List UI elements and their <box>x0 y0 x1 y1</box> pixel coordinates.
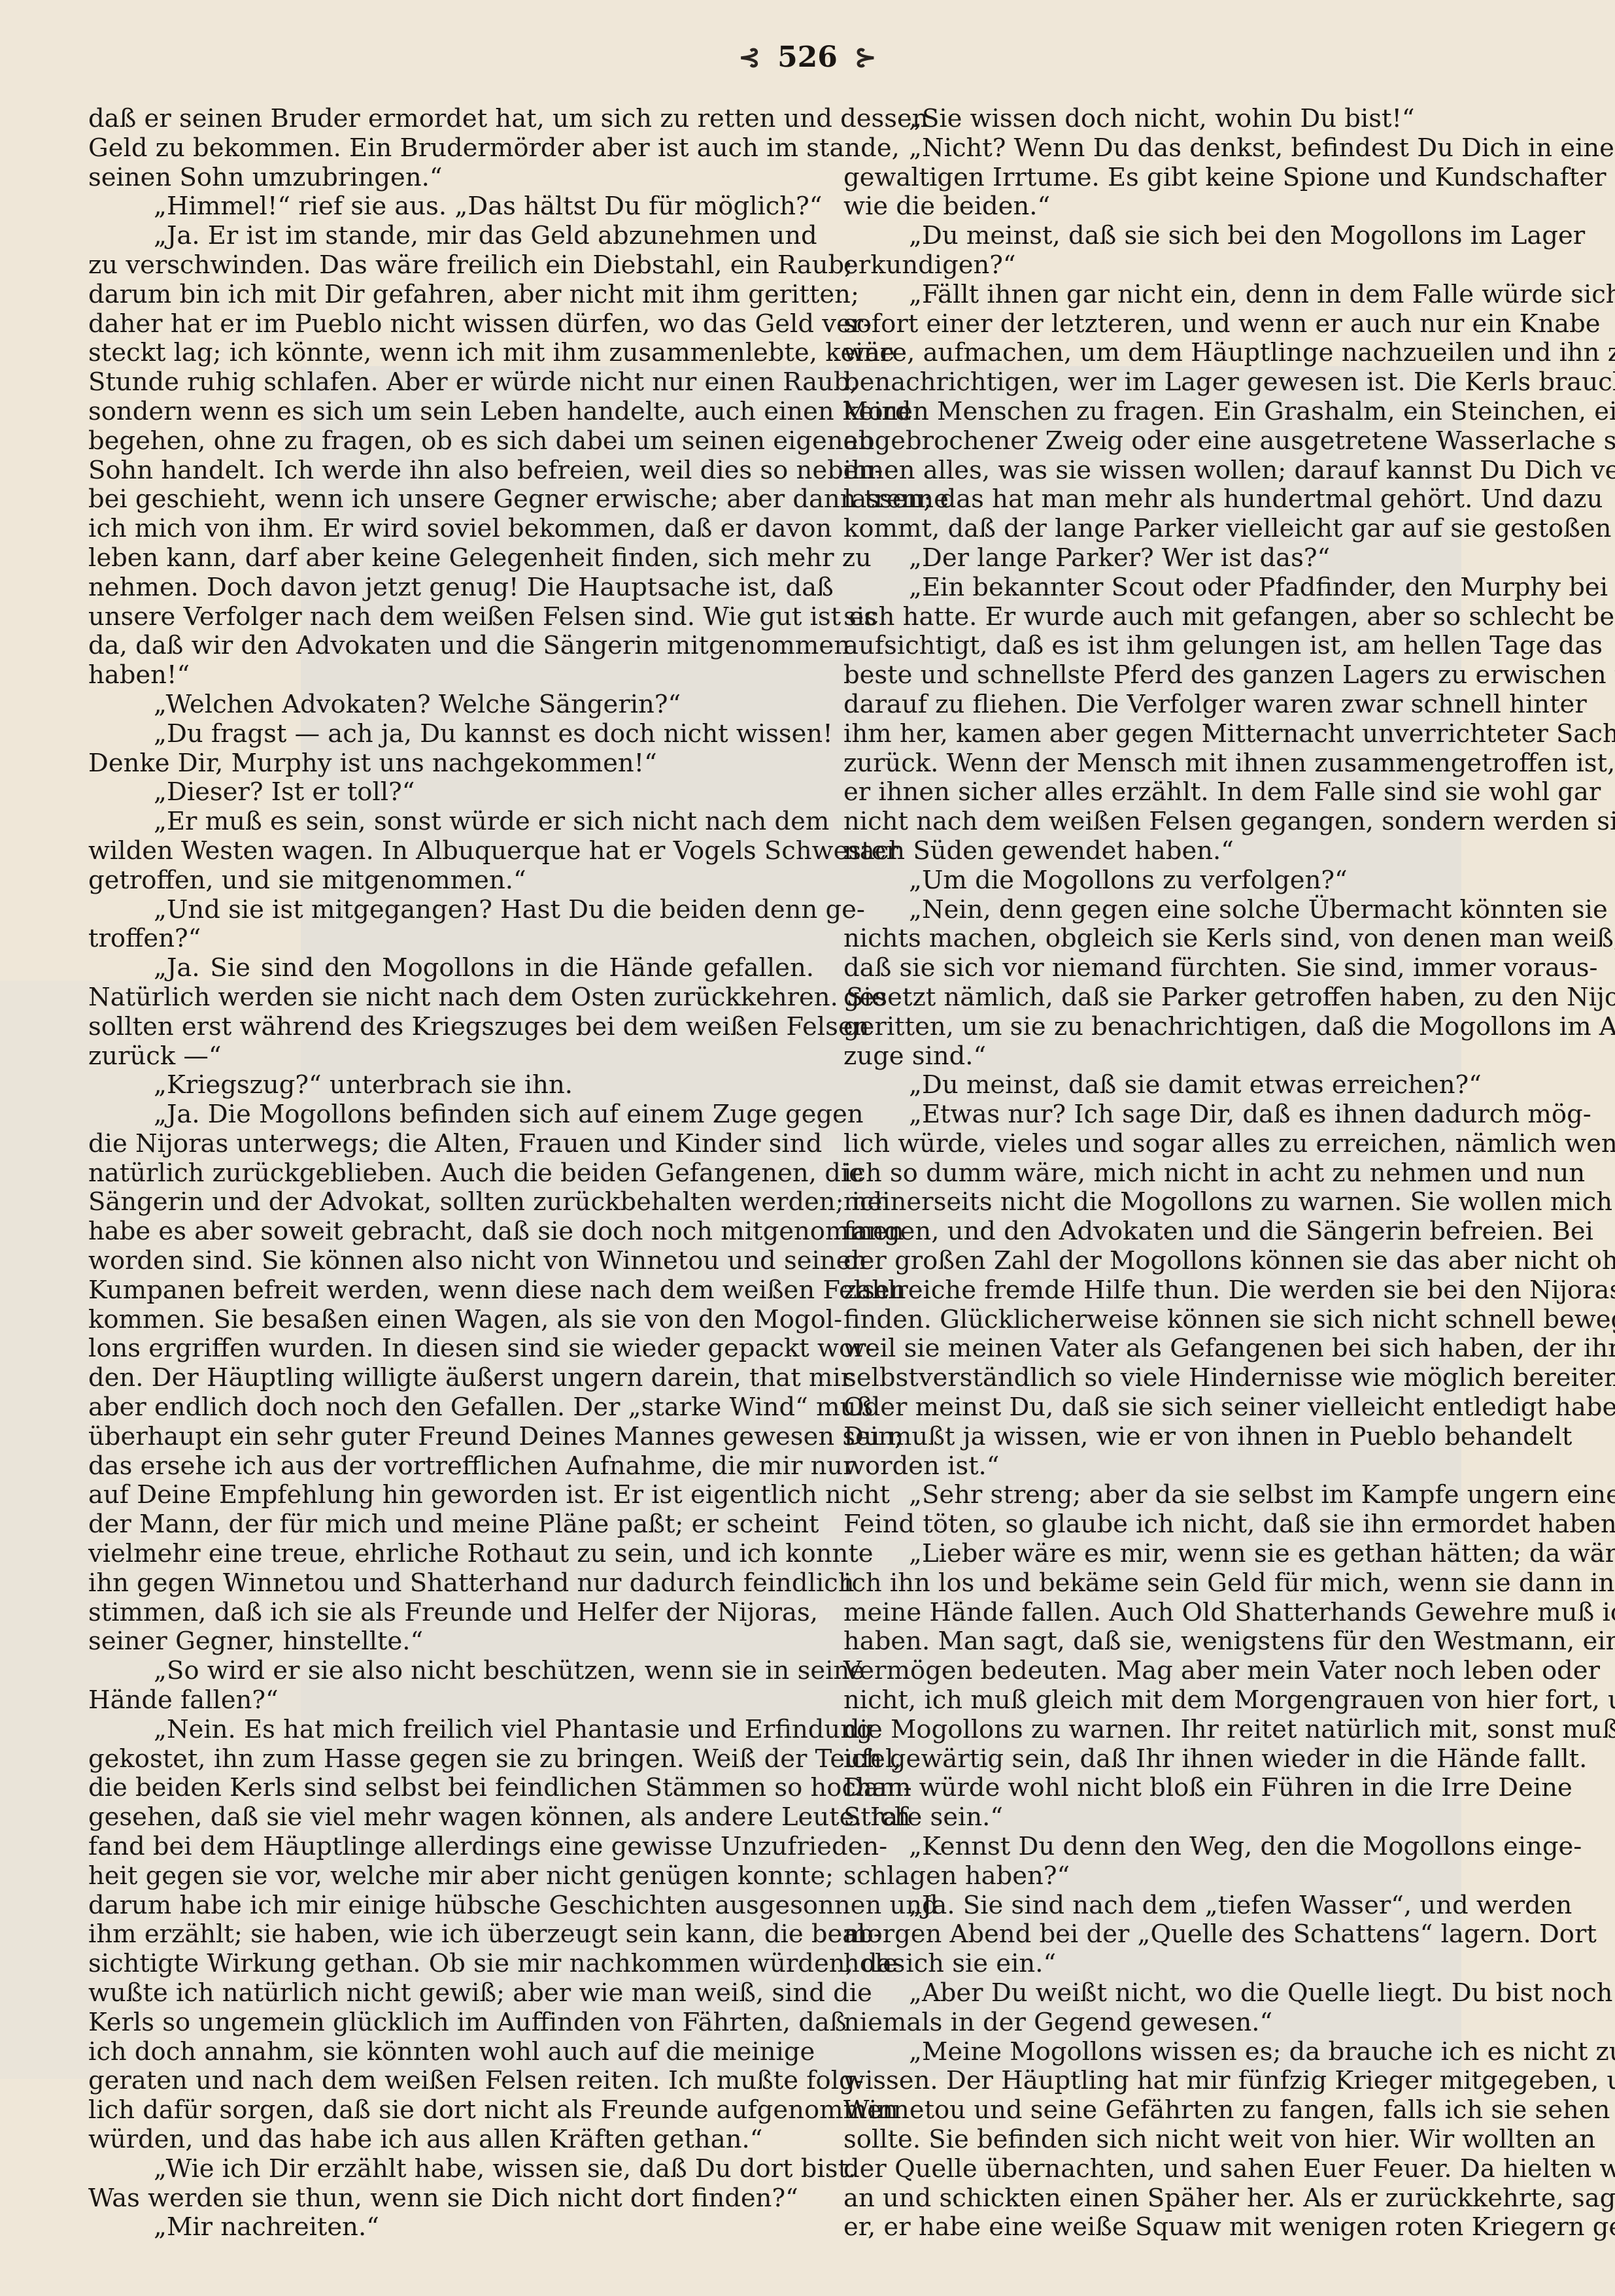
text-line: „Du meinst, daß sie damit etwas erreiche… <box>843 1071 1550 1100</box>
text-line: „Nein. Es hat mich freilich viel Phantas… <box>88 1715 814 1745</box>
text-line: abgebrochener Zweig oder eine ausgetrete… <box>843 427 1550 456</box>
text-line: „Wie ich Dir erzählt habe, wissen sie, d… <box>88 2155 814 2184</box>
text-line: Strafe sein.“ <box>843 1803 1550 1832</box>
text-line: wie die beiden.“ <box>843 192 1550 222</box>
text-line: daß er seinen Bruder ermordet hat, um si… <box>88 105 814 134</box>
text-line: benachrichtigen, wer im Lager gewesen is… <box>843 368 1550 397</box>
text-line: vielmehr eine treue, ehrliche Rothaut zu… <box>88 1540 814 1569</box>
paragraph: „Und sie ist mitgegangen? Hast Du die be… <box>88 896 814 954</box>
text-line: Was werden sie thun, wenn sie Dich nicht… <box>88 2184 814 2214</box>
text-line: zurück —“ <box>88 1042 814 1072</box>
text-line: geritten, um sie zu benachrichtigen, daß… <box>843 1013 1550 1042</box>
text-line: steckt lag; ich könnte, wenn ich mit ihm… <box>88 339 814 368</box>
text-line: ihm erzählt; sie haben, wie ich überzeug… <box>88 1920 814 1950</box>
text-line: haben!“ <box>88 661 814 690</box>
text-line: lons ergriffen wurden. In diesen sind si… <box>88 1334 814 1364</box>
text-line: „Ein bekannter Scout oder Pfadfinder, de… <box>843 573 1550 603</box>
text-line: „Kennst Du denn den Weg, den die Mogollo… <box>843 1832 1550 1862</box>
text-line: daher hat er im Pueblo nicht wissen dürf… <box>88 310 814 339</box>
text-line: „Um die Mogollons zu verfolgen?“ <box>843 866 1550 896</box>
text-line: sich hatte. Er wurde auch mit gefangen, … <box>843 603 1550 632</box>
text-line: wissen. Der Häuptling hat mir fünfzig Kr… <box>843 2067 1550 2096</box>
text-line: seinen Sohn umzubringen.“ <box>88 163 814 193</box>
text-line: aber endlich doch noch den Gefallen. Der… <box>88 1393 814 1423</box>
text-line: sofort einer der letzteren, und wenn er … <box>843 310 1550 339</box>
text-line: nach Süden gewendet haben.“ <box>843 837 1550 866</box>
text-line: nicht, ich muß gleich mit dem Morgengrau… <box>843 1686 1550 1715</box>
text-line: die Nijoras unterwegs; die Alten, Frauen… <box>88 1130 814 1159</box>
paragraph: „So wird er sie also nicht beschützen, w… <box>88 1657 814 1715</box>
text-line: überhaupt ein sehr guter Freund Deines M… <box>88 1423 814 1452</box>
text-line: troffen?“ <box>88 924 814 954</box>
text-line: beste und schnellste Pferd des ganzen La… <box>843 661 1550 690</box>
paragraph: „Der lange Parker? Wer ist das?“ <box>843 544 1550 573</box>
text-line: selbstverständlich so viele Hindernisse … <box>843 1364 1550 1393</box>
text-line: „Etwas nur? Ich sage Dir, daß es ihnen d… <box>843 1100 1550 1130</box>
paragraph: „Welchen Advokaten? Welche Sängerin?“ <box>88 690 814 720</box>
text-line: gesehen, daß sie viel mehr wagen können,… <box>88 1803 814 1832</box>
text-line: wilden Westen wagen. In Albuquerque hat … <box>88 837 814 866</box>
paragraph: „Kriegszug?“ unterbrach sie ihn. <box>88 1071 814 1100</box>
text-line: an und schickten einen Späher her. Als e… <box>843 2184 1550 2214</box>
left-column: daß er seinen Bruder ermordet hat, um si… <box>88 105 814 2242</box>
text-line: „Sehr streng; aber da sie selbst im Kamp… <box>843 1481 1550 1510</box>
page-header: ⊰ 526 ⊱ <box>0 41 1615 74</box>
text-line: würden, und das habe ich aus allen Kräft… <box>88 2125 814 2155</box>
paragraph: „Lieber wäre es mir, wenn sie es gethan … <box>843 1540 1550 1832</box>
paragraph: „Ja. Sie sind nach dem „tiefen Wasser“, … <box>843 1891 1550 1979</box>
paragraph: „Dieser? Ist er toll?“ <box>88 778 814 807</box>
text-line: zuge sind.“ <box>843 1042 1550 1072</box>
paragraph: „Kennst Du denn den Weg, den die Mogollo… <box>843 1832 1550 1891</box>
text-line: „Ja. Er ist im stande, mir das Geld abzu… <box>88 222 814 251</box>
text-line: bei geschieht, wenn ich unsere Gegner er… <box>88 485 814 515</box>
right-column: „Sie wissen doch nicht, wohin Du bist!“„… <box>843 105 1550 2242</box>
text-line: ich so dumm wäre, mich nicht in acht zu … <box>843 1159 1550 1189</box>
text-line: „Du meinst, daß sie sich bei den Mogollo… <box>843 222 1550 251</box>
text-line: haben. Man sagt, daß sie, wenigstens für… <box>843 1627 1550 1657</box>
text-line: finden. Glücklicherweise können sie sich… <box>843 1306 1550 1335</box>
text-line: fand bei dem Häuptlinge allerdings eine … <box>88 1832 814 1862</box>
text-line: „Nicht? Wenn Du das denkst, befindest Du… <box>843 134 1550 163</box>
text-line: ich ihn los und bekäme sein Geld für mic… <box>843 1569 1550 1598</box>
text-line: „Lieber wäre es mir, wenn sie es gethan … <box>843 1540 1550 1569</box>
text-line: ihnen alles, was sie wissen wollen; dara… <box>843 456 1550 486</box>
text-line: Du mußt ja wissen, wie er von ihnen in P… <box>843 1423 1550 1452</box>
text-line: die Mogollons zu warnen. Ihr reitet natü… <box>843 1715 1550 1745</box>
paragraph: „Mir nachreiten.“ <box>88 2213 814 2242</box>
text-line: ich gewärtig sein, daß Ihr ihnen wieder … <box>843 1745 1550 1774</box>
text-line: nehmen. Doch davon jetzt genug! Die Haup… <box>88 573 814 603</box>
text-line: begehen, ohne zu fragen, ob es sich dabe… <box>88 427 814 456</box>
text-line: „Du fragst — ach ja, Du kannst es doch n… <box>88 720 814 749</box>
text-line: „Ja. Sie sind den Mogollons in die Hände… <box>88 954 814 983</box>
text-line: schlagen haben?“ <box>843 1862 1550 1891</box>
text-line: daß sie sich vor niemand fürchten. Sie s… <box>843 954 1550 983</box>
paragraph: „Ja. Die Mogollons befinden sich auf ein… <box>88 1100 814 1657</box>
text-line: Stunde ruhig schlafen. Aber er würde nic… <box>88 368 814 397</box>
text-line: ihn gegen Winnetou und Shatterhand nur d… <box>88 1569 814 1598</box>
paragraph: „Wie ich Dir erzählt habe, wissen sie, d… <box>88 2155 814 2214</box>
text-line: der großen Zahl der Mogollons können sie… <box>843 1247 1550 1276</box>
text-line: morgen Abend bei der „Quelle des Schatte… <box>843 1920 1550 1950</box>
text-line: nichts machen, obgleich sie Kerls sind, … <box>843 924 1550 954</box>
text-line: niemals in der Gegend gewesen.“ <box>843 2008 1550 2038</box>
text-line: lich dafür sorgen, daß sie dort nicht al… <box>88 2096 814 2125</box>
text-line: „Meine Mogollons wissen es; da brauche i… <box>843 2038 1550 2067</box>
text-line: Geld zu bekommen. Ein Brudermörder aber … <box>88 134 814 163</box>
text-line: weil sie meinen Vater als Gefangenen bei… <box>843 1334 1550 1364</box>
text-line: sichtigte Wirkung gethan. Ob sie mir nac… <box>88 1950 814 1979</box>
paragraph: „Du fragst — ach ja, Du kannst es doch n… <box>88 720 814 779</box>
text-line: Natürlich werden sie nicht nach dem Oste… <box>88 983 814 1013</box>
text-line: darauf zu fliehen. Die Verfolger waren z… <box>843 690 1550 720</box>
left-ornament-icon: ⊰ <box>739 42 761 73</box>
text-line: Dann würde wohl nicht bloß ein Führen in… <box>843 1774 1550 1803</box>
text-line: stimmen, daß ich sie als Freunde und Hel… <box>88 1598 814 1628</box>
text-line: da, daß wir den Advokaten und die Sänger… <box>88 632 814 661</box>
text-line: geraten und nach dem weißen Felsen reite… <box>88 2067 814 2096</box>
text-line: worden sind. Sie können also nicht von W… <box>88 1247 814 1276</box>
text-line: ich doch annahm, sie könnten wohl auch a… <box>88 2038 814 2067</box>
text-line: unsere Verfolger nach dem weißen Felsen … <box>88 603 814 632</box>
text-line: Winnetou und seine Gefährten zu fangen, … <box>843 2096 1550 2125</box>
text-line: „Der lange Parker? Wer ist das?“ <box>843 544 1550 573</box>
text-line: sollten erst während des Kriegszuges bei… <box>88 1013 814 1042</box>
text-line: sollte. Sie befinden sich nicht weit von… <box>843 2125 1550 2155</box>
text-line: er, er habe eine weiße Squaw mit wenigen… <box>843 2213 1550 2242</box>
text-line: „Himmel!“ rief sie aus. „Das hältst Du f… <box>88 192 814 222</box>
paragraph: „Du meinst, daß sie damit etwas erreiche… <box>843 1071 1550 1100</box>
text-line: Denke Dir, Murphy ist uns nachgekommen!“ <box>88 749 814 779</box>
text-line: gesetzt nämlich, daß sie Parker getroffe… <box>843 983 1550 1013</box>
text-line: worden ist.“ <box>843 1452 1550 1481</box>
text-line: „Welchen Advokaten? Welche Sängerin?“ <box>88 690 814 720</box>
text-line: Vermögen bedeuten. Mag aber mein Vater n… <box>843 1657 1550 1686</box>
paragraph: „Nein. Es hat mich freilich viel Phantas… <box>88 1715 814 2155</box>
text-line: er ihnen sicher alles erzählt. In dem Fa… <box>843 778 1550 807</box>
text-line: heit gegen sie vor, welche mir aber nich… <box>88 1862 814 1891</box>
text-line: Oder meinst Du, daß sie sich seiner viel… <box>843 1393 1550 1423</box>
text-line: „Aber Du weißt nicht, wo die Quelle lieg… <box>843 1979 1550 2008</box>
text-line: natürlich zurückgeblieben. Auch die beid… <box>88 1159 814 1189</box>
paragraph: „Meine Mogollons wissen es; da brauche i… <box>843 2038 1550 2243</box>
paragraph: „Ja. Er ist im stande, mir das Geld abzu… <box>88 222 814 690</box>
paragraph: „Er muß es sein, sonst würde er sich nic… <box>88 807 814 895</box>
text-line: nicht nach dem weißen Felsen gegangen, s… <box>843 807 1550 837</box>
text-line: gewaltigen Irrtume. Es gibt keine Spione… <box>843 163 1550 193</box>
text-line: Kumpanen befreit werden, wenn diese nach… <box>88 1276 814 1306</box>
text-line: lassen; das hat man mehr als hundertmal … <box>843 485 1550 515</box>
text-line: den. Der Häuptling willigte äußerst unge… <box>88 1364 814 1393</box>
text-line: fangen, und den Advokaten und die Sänger… <box>843 1217 1550 1247</box>
text-line: Kerls so ungemein glücklich im Auffinden… <box>88 2008 814 2038</box>
text-line: getroffen, und sie mitgenommen.“ <box>88 866 814 896</box>
text-line: seiner Gegner, hinstellte.“ <box>88 1627 814 1657</box>
paragraph: „Sie wissen doch nicht, wohin Du bist!“ <box>843 105 1550 134</box>
paragraph: „Himmel!“ rief sie aus. „Das hältst Du f… <box>88 192 814 222</box>
text-line: leben kann, darf aber keine Gelegenheit … <box>88 544 814 573</box>
text-line: der Mann, der für mich und meine Pläne p… <box>88 1510 814 1540</box>
text-line: meine Hände fallen. Auch Old Shatterhand… <box>843 1598 1550 1628</box>
text-line: Feind töten, so glaube ich nicht, daß si… <box>843 1510 1550 1540</box>
page-number: 526 <box>777 41 838 74</box>
text-line: „Ja. Die Mogollons befinden sich auf ein… <box>88 1100 814 1130</box>
text-line: darum habe ich mir einige hübsche Geschi… <box>88 1891 814 1921</box>
text-line: „Mir nachreiten.“ <box>88 2213 814 2242</box>
paragraph: „Ein bekannter Scout oder Pfadfinder, de… <box>843 573 1550 866</box>
text-line: „Kriegszug?“ unterbrach sie ihn. <box>88 1071 814 1100</box>
text-line: „Ja. Sie sind nach dem „tiefen Wasser“, … <box>843 1891 1550 1921</box>
text-line: Sohn handelt. Ich werde ihn also befreie… <box>88 456 814 486</box>
text-line: „Nein, denn gegen eine solche Übermacht … <box>843 896 1550 925</box>
text-line: kommt, daß der lange Parker vielleicht g… <box>843 515 1550 544</box>
paragraph: „Nicht? Wenn Du das denkst, befindest Du… <box>843 134 1550 222</box>
text-line: „Sie wissen doch nicht, wohin Du bist!“ <box>843 105 1550 134</box>
text-line: wäre, aufmachen, um dem Häuptlinge nachz… <box>843 339 1550 368</box>
text-line: Hände fallen?“ <box>88 1686 814 1715</box>
text-line: aufsichtigt, daß es ist ihm gelungen ist… <box>843 632 1550 661</box>
text-line: Sängerin und der Advokat, sollten zurück… <box>88 1188 814 1217</box>
text-line: der Quelle übernachten, und sahen Euer F… <box>843 2155 1550 2184</box>
paragraph: „Du meinst, daß sie sich bei den Mogollo… <box>843 222 1550 280</box>
text-line: keinen Menschen zu fragen. Ein Grashalm,… <box>843 397 1550 427</box>
paragraph: „Etwas nur? Ich sage Dir, daß es ihnen d… <box>843 1100 1550 1481</box>
text-line: „Dieser? Ist er toll?“ <box>88 778 814 807</box>
text-line: sondern wenn es sich um sein Leben hande… <box>88 397 814 427</box>
paragraph: „Aber Du weißt nicht, wo die Quelle lieg… <box>843 1979 1550 2038</box>
text-line: gekostet, ihn zum Hasse gegen sie zu bri… <box>88 1745 814 1774</box>
text-line: zurück. Wenn der Mensch mit ihnen zusamm… <box>843 749 1550 779</box>
text-line: ich mich von ihm. Er wird soviel bekomme… <box>88 515 814 544</box>
text-line: erkundigen?“ <box>843 251 1550 280</box>
text-line: auf Deine Empfehlung hin geworden ist. E… <box>88 1481 814 1510</box>
right-ornament-icon: ⊱ <box>855 42 877 73</box>
paragraph: „Sehr streng; aber da sie selbst im Kamp… <box>843 1481 1550 1540</box>
text-line: „Fällt ihnen gar nicht ein, denn in dem … <box>843 280 1550 310</box>
paragraph: „Ja. Sie sind den Mogollons in die Hände… <box>88 954 814 1071</box>
text-line: lich würde, vieles und sogar alles zu er… <box>843 1130 1550 1159</box>
paragraph: daß er seinen Bruder ermordet hat, um si… <box>88 105 814 192</box>
text-line: „Er muß es sein, sonst würde er sich nic… <box>88 807 814 837</box>
text-line: das ersehe ich aus der vortrefflichen Au… <box>88 1452 814 1481</box>
text-line: wußte ich natürlich nicht gewiß; aber wi… <box>88 1979 814 2008</box>
text-line: zu verschwinden. Das wäre freilich ein D… <box>88 251 814 280</box>
text-line: habe es aber soweit gebracht, daß sie do… <box>88 1217 814 1247</box>
text-line: kommen. Sie besaßen einen Wagen, als sie… <box>88 1306 814 1335</box>
paragraph: „Nein, denn gegen eine solche Übermacht … <box>843 896 1550 1072</box>
text-line: „So wird er sie also nicht beschützen, w… <box>88 1657 814 1686</box>
text-line: meinerseits nicht die Mogollons zu warne… <box>843 1188 1550 1217</box>
text-line: die beiden Kerls sind selbst bei feindli… <box>88 1774 814 1803</box>
paragraph: „Um die Mogollons zu verfolgen?“ <box>843 866 1550 896</box>
text-line: hole ich sie ein.“ <box>843 1950 1550 1979</box>
paragraph: „Fällt ihnen gar nicht ein, denn in dem … <box>843 280 1550 544</box>
text-line: „Und sie ist mitgegangen? Hast Du die be… <box>88 896 814 925</box>
text-line: darum bin ich mit Dir gefahren, aber nic… <box>88 280 814 310</box>
text-line: zahlreiche fremde Hilfe thun. Die werden… <box>843 1276 1550 1306</box>
text-line: ihm her, kamen aber gegen Mitternacht un… <box>843 720 1550 749</box>
